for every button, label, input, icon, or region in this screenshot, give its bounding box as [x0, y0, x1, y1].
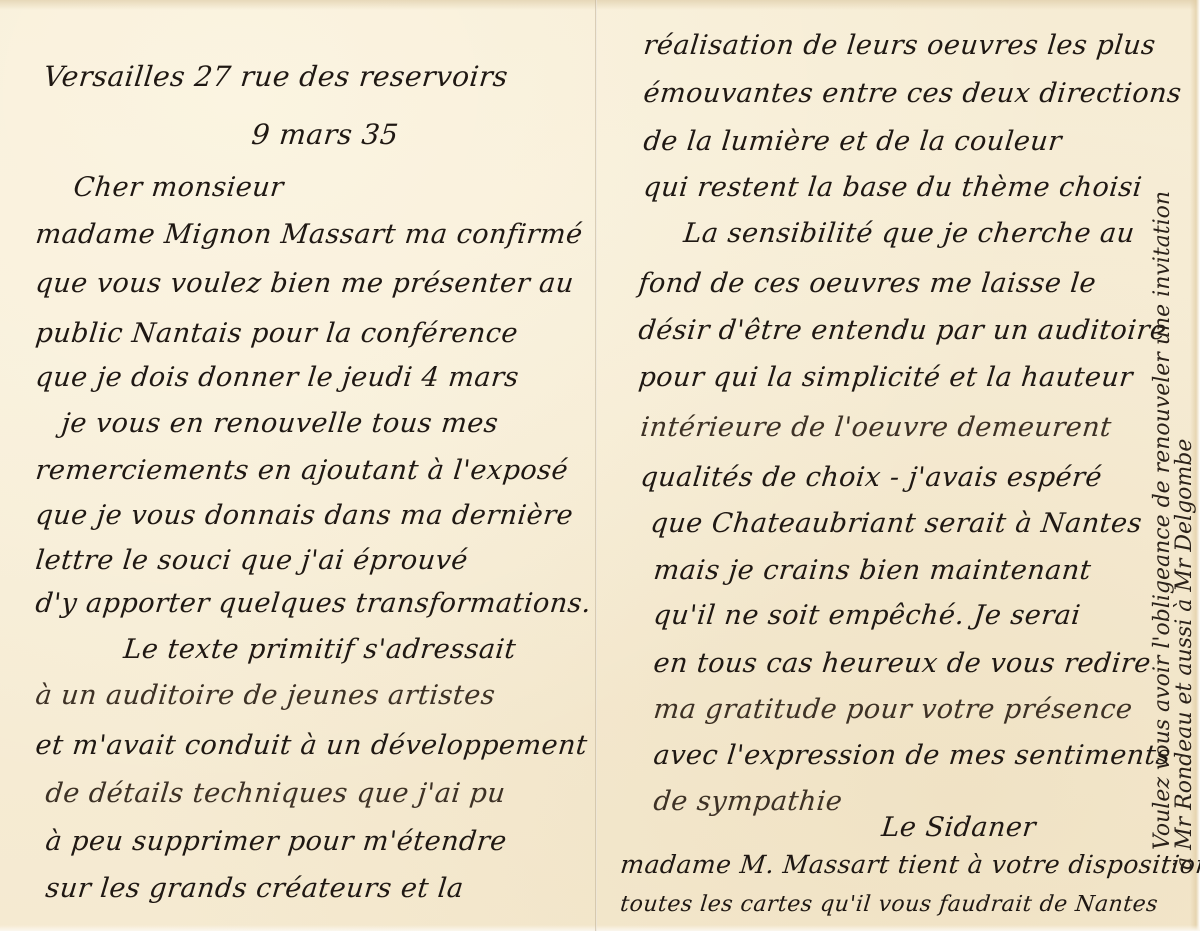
text-line: de sympathie — [652, 786, 844, 817]
letter-scan: Versailles 27 rue des reservoirs 9 mars … — [0, 0, 1200, 931]
text-line: pour qui la simplicité et la hauteur — [637, 362, 1134, 393]
salutation: Cher monsieur — [72, 172, 285, 203]
text-line: fond de ces oeuvres me laisse le — [637, 268, 1098, 299]
postscript-line: madame M. Massart tient à votre disposit… — [619, 850, 1200, 879]
letter-date: 9 mars 35 — [250, 118, 400, 151]
text-line: en tous cas heureux de vous redire — [652, 648, 1153, 679]
text-line: qu'il ne soit empêché. Je serai — [652, 600, 1082, 631]
text-line: que je dois donner le jeudi 4 mars — [34, 362, 520, 393]
text-line: réalisation de leurs oeuvres les plus — [642, 30, 1157, 61]
text-line: La sensibilité que je cherche au — [682, 218, 1136, 249]
text-line: public Nantais pour la conférence — [34, 318, 520, 349]
text-line: d'y apporter quelques transformations. — [34, 588, 593, 619]
text-line: sur les grands créateurs et la — [44, 873, 465, 904]
text-line: que vous voulez bien me présenter au — [34, 268, 575, 299]
text-line: Le texte primitif s'adressait — [122, 634, 518, 665]
text-line: et m'avait conduit à un développement — [34, 730, 589, 761]
text-line: émouvantes entre ces deux directions — [642, 78, 1183, 109]
text-line: intérieure de l'oeuvre demeurent — [639, 412, 1113, 443]
text-line: ma gratitude pour votre présence — [652, 694, 1134, 725]
signature: Le Sidaner — [880, 812, 1038, 843]
letter-address: Versailles 27 rue des reservoirs — [42, 60, 510, 93]
text-line: mais je crains bien maintenant — [652, 555, 1093, 586]
text-line: que je vous donnais dans ma dernière — [34, 500, 575, 531]
text-line: de détails techniques que j'ai pu — [44, 778, 507, 809]
text-line: désir d'être entendu par un auditoire — [637, 315, 1168, 346]
text-line: qualités de choix - j'avais espéré — [639, 462, 1104, 493]
text-line: remerciements en ajoutant à l'exposé — [34, 455, 570, 486]
text-line: qui restent la base du thème choisi — [642, 172, 1144, 203]
right-page: réalisation de leurs oeuvres les plus ém… — [597, 0, 1200, 931]
text-line: à peu supprimer pour m'étendre — [44, 826, 508, 857]
margin-note-line: à Mr Rondeau et aussi à Mr Delgombe — [1172, 439, 1197, 870]
text-line: à un auditoire de jeunes artistes — [34, 680, 497, 711]
text-line: de la lumière et de la couleur — [642, 126, 1063, 157]
text-line: je vous en renouvelle tous mes — [60, 408, 500, 439]
text-line: que Chateaubriant serait à Nantes — [649, 508, 1144, 539]
text-line: lettre le souci que j'ai éprouvé — [34, 545, 469, 576]
text-line: avec l'expression de mes sentiments — [652, 740, 1172, 771]
text-line: madame Mignon Massart ma confirmé — [34, 219, 584, 250]
left-page: Versailles 27 rue des reservoirs 9 mars … — [0, 0, 595, 931]
postscript-line: toutes les cartes qu'il vous faudrait de… — [619, 892, 1159, 917]
